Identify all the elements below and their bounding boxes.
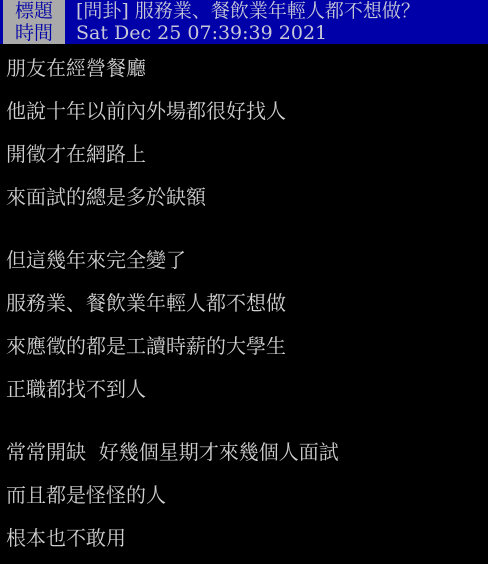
body-line: 常常開缺 好幾個星期才來幾個人面試	[6, 442, 482, 462]
post-body: 朋友在經營餐廳 他說十年以前內外場都很好找人 開徵才在網路上 來面試的總是多於缺…	[6, 58, 482, 564]
body-line: 根本也不敢用	[6, 528, 482, 548]
post-title: [問卦] 服務業、餐飲業年輕人都不想做？	[76, 0, 420, 22]
paragraph-gap	[6, 230, 482, 250]
time-row: 時間 Sat Dec 25 07:39:39 2021	[0, 22, 488, 44]
paragraph-3: 常常開缺 好幾個星期才來幾個人面試 而且都是怪怪的人 根本也不敢用	[6, 442, 482, 548]
body-line: 他說十年以前內外場都很好找人	[6, 101, 482, 121]
body-line: 但這幾年來完全變了	[6, 250, 482, 270]
body-line: 朋友在經營餐廳	[6, 58, 482, 78]
paragraph-1: 朋友在經營餐廳 他說十年以前內外場都很好找人 開徵才在網路上 來面試的總是多於缺…	[6, 58, 482, 207]
post-header: 標題 [問卦] 服務業、餐飲業年輕人都不想做？ 時間 Sat Dec 25 07…	[0, 0, 488, 44]
body-line: 開徵才在網路上	[6, 144, 482, 164]
body-line: 而且都是怪怪的人	[6, 485, 482, 505]
post-time: Sat Dec 25 07:39:39 2021	[76, 22, 327, 44]
body-line: 來面試的總是多於缺額	[6, 187, 482, 207]
paragraph-gap	[6, 422, 482, 442]
time-label: 時間	[3, 22, 65, 44]
body-line: 正職都找不到人	[6, 379, 482, 399]
title-label: 標題	[3, 0, 65, 22]
body-line: 服務業、餐飲業年輕人都不想做	[6, 293, 482, 313]
title-row: 標題 [問卦] 服務業、餐飲業年輕人都不想做？	[0, 0, 488, 22]
paragraph-2: 但這幾年來完全變了 服務業、餐飲業年輕人都不想做 來應徵的都是工讀時薪的大學生 …	[6, 250, 482, 399]
body-line: 來應徵的都是工讀時薪的大學生	[6, 336, 482, 356]
